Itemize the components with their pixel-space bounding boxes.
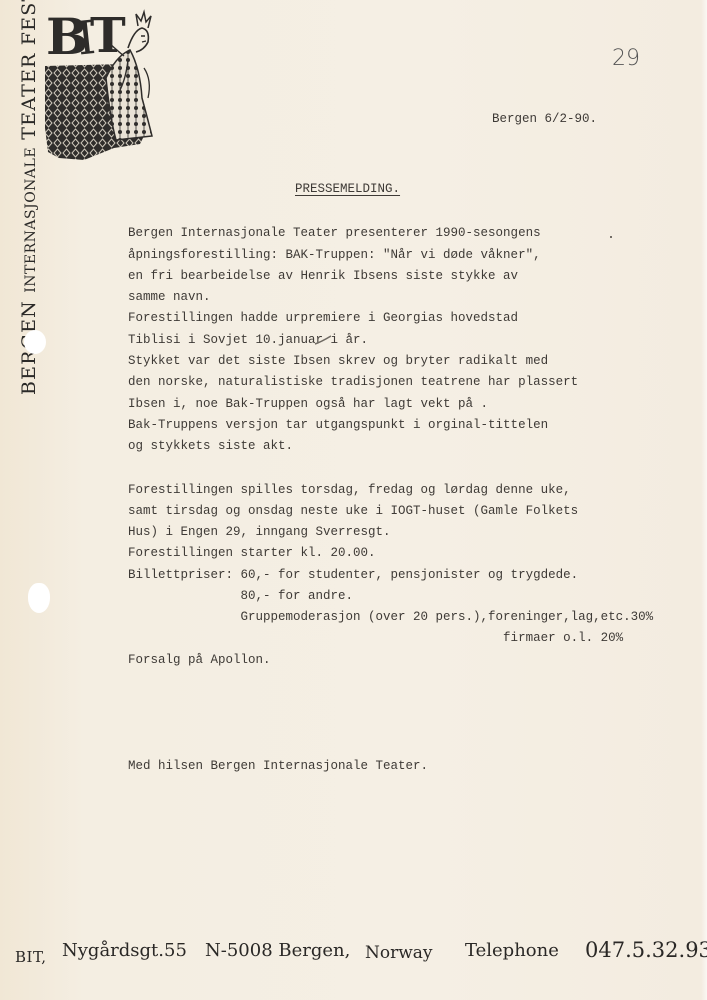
pencil-mark-icon — [313, 333, 333, 347]
footer-org: BIT, — [15, 948, 47, 966]
ticket-prices-line: firmaer o.l. 20% — [128, 631, 623, 645]
body-line: Forestillingen spilles torsdag, fredag o… — [128, 483, 571, 497]
ticket-prices-line: 80,- for andre. — [128, 589, 353, 603]
body-line: åpningsforestilling: BAK-Truppen: "Når v… — [128, 248, 541, 262]
body-line: Bak-Truppens versjon tar utgangspunkt i … — [128, 418, 548, 432]
body-line: samt tirsdag og onsdag neste uke i IOGT-… — [128, 504, 578, 518]
presale-line: Forsalg på Apollon. — [128, 653, 271, 667]
body-line: samme navn. — [128, 290, 211, 304]
svg-text:T: T — [90, 8, 126, 64]
body-line: Bergen Internasjonale Teater presenterer… — [128, 226, 541, 240]
handwritten-page-number: 29 — [612, 46, 640, 71]
footer-country: Norway — [365, 943, 433, 963]
paper-speck — [610, 236, 612, 238]
body-line: Ibsen i, noe Bak-Truppen også har lagt v… — [128, 397, 488, 411]
bit-logo: B I T — [44, 8, 159, 160]
closing-line: Med hilsen Bergen Internasjonale Teater. — [128, 759, 428, 773]
body-line: Forestillingen hadde urpremiere i Georgi… — [128, 311, 518, 325]
body-line: en fri bearbeidelse av Henrik Ibsens sis… — [128, 269, 518, 283]
footer-city: N-5008 Bergen, — [205, 940, 350, 961]
body-line: Forestillingen starter kl. 20.00. — [128, 546, 376, 560]
footer-phone: 047.5.32.9328 — [585, 938, 707, 962]
letter-date: Bergen 6/2-90. — [492, 112, 597, 126]
ticket-prices-line: Billettpriser: 60,- for studenter, pensj… — [128, 568, 578, 582]
body-line: Stykket var det siste Ibsen skrev og bry… — [128, 354, 548, 368]
footer-street: Nygårdsgt.55 — [62, 940, 187, 961]
side-text-teater-festival: TEATER FESTIVAL — [18, 0, 40, 147]
ticket-prices-line: Gruppemoderasjon (over 20 pers.),forenin… — [128, 610, 653, 624]
body-line: Hus) i Engen 29, inngang Sverresgt. — [128, 525, 391, 539]
paper-edge — [701, 0, 707, 1000]
punch-hole-top — [24, 330, 46, 354]
document-title: PRESSEMELDING. — [295, 182, 400, 196]
side-text-internasjonale: INTERNASJONALE — [23, 147, 39, 293]
letterhead-footer: BIT, Nygårdsgt.55 N-5008 Bergen, Norway … — [15, 940, 707, 970]
punch-hole-bottom — [28, 583, 50, 613]
footer-phone-label: Telephone — [465, 940, 559, 961]
logo-artwork-icon: B I T — [44, 8, 159, 160]
body-line: den norske, naturalistiske tradisjonen t… — [128, 375, 578, 389]
body-line: og stykkets siste akt. — [128, 439, 293, 453]
